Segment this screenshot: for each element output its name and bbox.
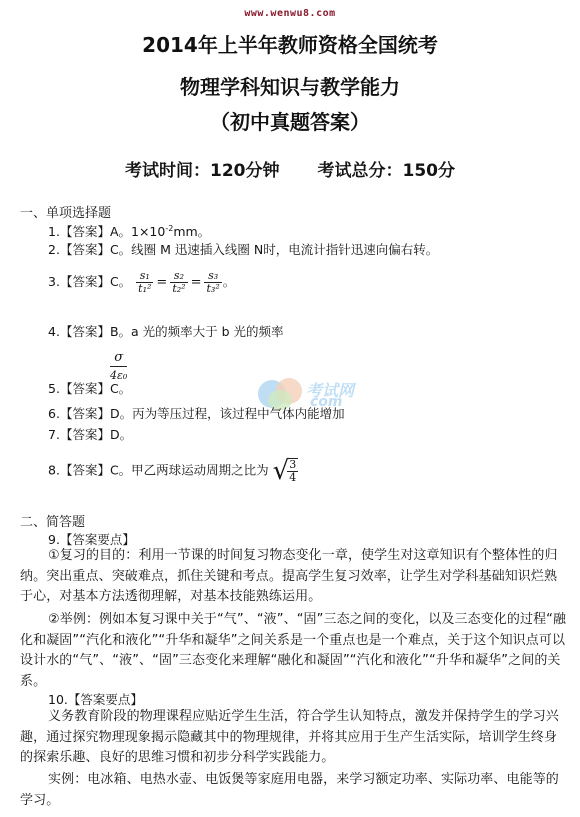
answer-text: A。1×10: [110, 224, 165, 239]
answer-tag: 【答案】: [60, 463, 110, 478]
formula-sigma-over-4-epsilon: σ4ε₀: [110, 350, 127, 382]
equals-sign: =: [191, 275, 202, 290]
equals-sign: =: [156, 275, 167, 290]
answer-text: B。a 光的频率大于 b 光的频率: [110, 324, 284, 339]
answer-tag: 【答案】: [60, 274, 110, 289]
q10-label: 10.【答案要点】: [48, 690, 143, 708]
formula-fraction-1: s₁t₁²: [136, 270, 153, 295]
answer-item-7: 7.【答案】D。: [48, 425, 132, 443]
period: 。: [223, 274, 236, 289]
document-title: 2014年上半年教师资格全国统考: [0, 29, 580, 58]
answer-item-6: 6.【答案】D。丙为等压过程，该过程中气体内能增加: [48, 404, 345, 422]
answer-tag: 【答案】: [60, 224, 110, 239]
answer-text: C。甲乙两球运动周期之比为: [110, 463, 269, 478]
document-subtitle-note: （初中真题答案）: [0, 106, 580, 135]
item-number: 5.: [48, 381, 60, 396]
document-subtitle: 物理学科知识与教学能力: [0, 71, 580, 100]
answer-tag: 【答案】: [60, 406, 110, 421]
answer-text: C。线圈 M 迅速插入线圈 N时，电流计指针迅速向偏右转。: [110, 242, 438, 257]
answer-text: D。丙为等压过程，该过程中气体内能增加: [110, 406, 345, 421]
q10-paragraph-2: 实例：电冰箱、电热水壶、电饭煲等家庭用电器，来学习额定功率、实际功率、电能等的学…: [20, 770, 568, 811]
watermark-url: www.wenwu8.com: [0, 8, 580, 19]
item-number: 6.: [48, 406, 60, 421]
section-heading-choice: 一、单项选择题: [20, 202, 111, 221]
section-heading-short-answer: 二、简答题: [20, 511, 85, 530]
q9-paragraph-2: ②举例：例如本复习课中关于“气”、“液”、“固”三态之间的变化，以及三态变化的过…: [20, 610, 568, 692]
item-number: 7.: [48, 427, 60, 442]
answer-item-4: 4.【答案】B。a 光的频率大于 b 光的频率: [48, 322, 284, 340]
answer-tag: 【答案】: [60, 381, 110, 396]
item-number: 8.: [48, 463, 60, 478]
answer-tag: 【答案】: [60, 427, 110, 442]
answer-text: C。: [110, 381, 131, 396]
answer-item-2: 2.【答案】C。线圈 M 迅速插入线圈 N时，电流计指针迅速向偏右转。: [48, 240, 438, 258]
answer-item-8: 8.【答案】C。甲乙两球运动周期之比为 √34: [48, 458, 298, 484]
answer-text: D。: [110, 427, 132, 442]
item-number: 2.: [48, 242, 60, 257]
formula-fraction-3: s₃t₃²: [204, 270, 221, 295]
answer-item-5: 5.【答案】C。: [48, 379, 131, 397]
answer-item-1: 1.【答案】A。1×10-2mm。: [48, 222, 210, 240]
item-number: 4.: [48, 324, 60, 339]
formula-sqrt-3-over-4: √34: [273, 458, 299, 484]
q10-paragraph-1: 义务教育阶段的物理课程应贴近学生生活，符合学生认知特点，激发并保持学生的学习兴趣…: [20, 707, 568, 769]
answer-tag: 【答案】: [60, 324, 110, 339]
answer-tag: 【答案】: [60, 242, 110, 257]
item-number: 1.: [48, 224, 60, 239]
answer-unit: mm。: [173, 224, 210, 239]
q9-paragraph-1: ①复习的目的：利用一节课的时间复习物态变化一章，使学生对这章知识有个整体性的归纳…: [20, 546, 568, 608]
exam-info: 考试时间：120分钟考试总分：150分: [0, 156, 580, 181]
exam-score: 考试总分：150分: [318, 156, 456, 181]
answer-text: C。: [110, 274, 131, 289]
formula-fraction-2: s₂t₂²: [170, 270, 187, 295]
answer-item-3: 3.【答案】C。 s₁t₁²=s₂t₂²=s₃t₃²。: [48, 270, 235, 295]
exam-time: 考试时间：120分钟: [125, 156, 280, 181]
item-number: 3.: [48, 274, 60, 289]
